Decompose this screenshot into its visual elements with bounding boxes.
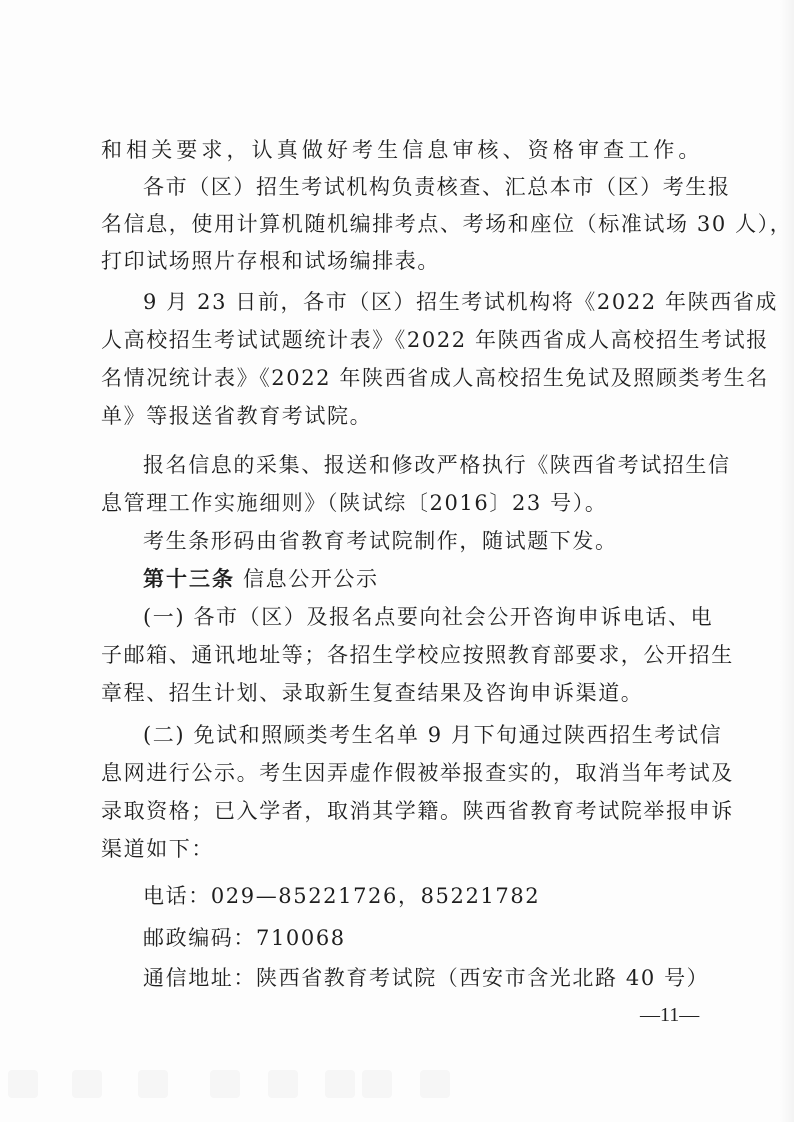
article-number: 第十三条 [143, 566, 235, 591]
phone-label: 电话： [143, 884, 211, 908]
page-number: —11— [640, 1004, 699, 1027]
paragraph-line: 9 月 23 日前，各市（区）招生考试机构将《2022 年陕西省成 [143, 289, 701, 315]
paragraph-line: 报名信息的采集、报送和修改严格执行《陕西省考试招生信 [143, 452, 701, 478]
contact-postcode: 邮政编码：710068 [143, 925, 701, 951]
phone-value: 029—85221726，85221782 [211, 884, 540, 908]
scan-edge [780, 0, 794, 1122]
bleed-mark [325, 1070, 355, 1098]
bleed-mark [362, 1070, 392, 1098]
paragraph-line: 打印试场照片存根和试场编排表。 [101, 248, 701, 274]
paragraph-line: 名情况统计表》《2022 年陕西省成人高校招生免试及照顾类考生名 [101, 365, 701, 391]
paragraph-line: 和相关要求，认真做好考生信息审核、资格审查工作。 [101, 137, 701, 163]
paragraph-line: 考生条形码由省教育考试院制作，随试题下发。 [143, 528, 701, 554]
paragraph-line: 渠道如下： [101, 836, 701, 862]
section-heading: 第十三条信息公开公示 [143, 566, 701, 592]
paragraph-line: 章程、招生计划、录取新生复查结果及咨询申诉渠道。 [101, 680, 701, 706]
paragraph-line: 录取资格；已入学者，取消其学籍。陕西省教育考试院举报申诉 [101, 798, 701, 824]
address-value: 陕西省教育考试院（西安市含光北路 40 号） [256, 966, 709, 990]
paragraph-line: 各市（区）招生考试机构负责核查、汇总本市（区）考生报 [143, 174, 701, 200]
address-label: 通信地址： [143, 966, 256, 990]
bleed-mark [420, 1070, 450, 1098]
contact-address: 通信地址：陕西省教育考试院（西安市含光北路 40 号） [143, 965, 701, 991]
postcode-label: 邮政编码： [143, 926, 256, 950]
contact-phone: 电话：029—85221726，85221782 [143, 883, 701, 909]
paragraph-line: 单》等报送省教育考试院。 [101, 403, 701, 429]
bleed-mark [268, 1070, 298, 1098]
paragraph-line: 人高校招生考试试题统计表》《2022 年陕西省成人高校招生考试报 [101, 327, 701, 353]
document-page: 和相关要求，认真做好考生信息审核、资格审查工作。 各市（区）招生考试机构负责核查… [0, 0, 794, 1122]
paragraph-line: (一) 各市（区）及报名点要向社会公开咨询申诉电话、电 [143, 604, 701, 630]
paragraph-line: 子邮箱、通讯地址等；各招生学校应按照教育部要求，公开招生 [101, 642, 701, 668]
article-title: 信息公开公示 [243, 567, 379, 591]
bleed-mark [138, 1070, 168, 1098]
bleed-mark [210, 1070, 240, 1098]
paragraph-line: 息网进行公示。考生因弄虚作假被举报查实的，取消当年考试及 [101, 760, 701, 786]
paragraph-line: (二) 免试和照顾类考生名单 9 月下旬通过陕西招生考试信 [143, 722, 701, 748]
bleed-mark [8, 1070, 38, 1098]
paragraph-line: 名信息，使用计算机随机编排考点、考场和座位（标准试场 30 人）， [101, 211, 701, 237]
bleed-mark [72, 1070, 102, 1098]
paragraph-line: 息管理工作实施细则》（陕试综〔2016〕23 号）。 [101, 490, 701, 516]
postcode-value: 710068 [256, 926, 346, 950]
scan-bleed-through [0, 1060, 794, 1100]
